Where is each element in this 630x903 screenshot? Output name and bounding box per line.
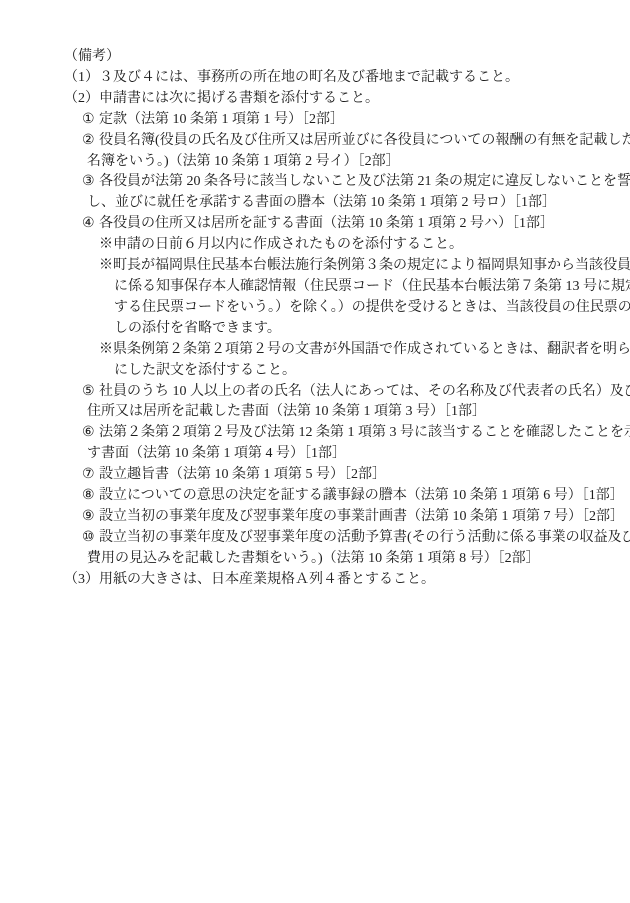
item-continuation: し、並びに就任を承諾する書面の謄本（法第 10 条第 1 項第 2 号ロ）［1部… bbox=[87, 193, 630, 214]
line-text: にした訳文を添付すること。 bbox=[114, 363, 296, 378]
item-marker: （1） bbox=[64, 68, 99, 89]
numbered-item: ③各役員が法第 20 条各号に該当しないこと及び法第 21 条の規定に違反しない… bbox=[82, 172, 630, 193]
numbered-item: ⑨設立当初の事業年度及び翌事業年度の事業計画書（法第 10 条第 1 項第 7 … bbox=[82, 507, 630, 528]
line-text: 社員のうち 10 人以上の者の氏名（法人にあっては、その名称及び代表者の氏名）及… bbox=[99, 384, 630, 399]
item-marker: ② bbox=[82, 131, 99, 152]
line-text: 設立当初の事業年度及び翌事業年度の活動予算書(その行う活動に係る事業の収益及び bbox=[99, 530, 630, 545]
note-continuation: しの添付を省略できます。 bbox=[114, 319, 630, 340]
line-text: しの添付を省略できます。 bbox=[114, 321, 281, 336]
item-marker: ⑤ bbox=[82, 382, 99, 403]
line-text: する住民票コードをいう。）を除く。）の提供を受けるときは、当該役員の住民票の写 bbox=[114, 300, 630, 315]
item-marker: ⑨ bbox=[82, 507, 99, 528]
line-text: 設立当初の事業年度及び翌事業年度の事業計画書（法第 10 条第 1 項第 7 号… bbox=[99, 509, 624, 524]
item-continuation: 費用の見込みを記載した書類をいう。)（法第 10 条第 1 項第 8 号）［2部… bbox=[87, 549, 630, 570]
numbered-item: ②役員名簿(役員の氏名及び住所又は居所並びに各役員についての報酬の有無を記載した bbox=[82, 131, 630, 152]
numbered-item: ④各役員の住所又は居所を証する書面（法第 10 条第 1 項第 2 号ハ）［1部… bbox=[82, 214, 630, 235]
item-continuation: 住所又は居所を記載した書面（法第 10 条第 1 項第 3 号）［1部］ bbox=[87, 402, 630, 423]
line-text: 費用の見込みを記載した書類をいう。)（法第 10 条第 1 項第 8 号）［2部… bbox=[87, 551, 540, 566]
item-marker: ⑦ bbox=[82, 465, 99, 486]
note-continuation: する住民票コードをいう。）を除く。）の提供を受けるときは、当該役員の住民票の写 bbox=[114, 298, 630, 319]
item-marker: ⑥ bbox=[82, 423, 99, 444]
remark-item: （1）３及び４には、事務所の所在地の町名及び番地まで記載すること。 bbox=[64, 68, 630, 89]
numbered-item: ⑤社員のうち 10 人以上の者の氏名（法人にあっては、その名称及び代表者の氏名）… bbox=[82, 382, 630, 403]
line-text: ※町長が福岡県住民基本台帳法施行条例第３条の規定により福岡県知事から当該役員 bbox=[99, 258, 630, 273]
line-text: す書面（法第 10 条第 1 項第 4 号）［1部］ bbox=[87, 446, 346, 461]
item-marker: ③ bbox=[82, 172, 99, 193]
numbered-item: ⑥法第２条第２項第２号及び法第 12 条第 1 項第 3 号に該当することを確認… bbox=[82, 423, 630, 444]
note-line: ※申請の日前６月以内に作成されたものを添付すること。 bbox=[99, 235, 630, 256]
item-marker: （3） bbox=[64, 570, 99, 591]
line-text: 申請書には次に掲げる書類を添付すること。 bbox=[99, 91, 379, 106]
line-text: 住所又は居所を記載した書面（法第 10 条第 1 項第 3 号）［1部］ bbox=[87, 404, 486, 419]
line-text: に係る知事保存本人確認情報（住民票コード（住民基本台帳法第７条第 13 号に規定 bbox=[114, 279, 630, 294]
item-marker: （2） bbox=[64, 89, 99, 110]
numbered-item: ⑦設立趣旨書（法第 10 条第 1 項第 5 号）［2部］ bbox=[82, 465, 630, 486]
line-text: 設立についての意思の決定を証する議事録の謄本（法第 10 条第 1 項第 6 号… bbox=[99, 488, 624, 503]
note-line: ※町長が福岡県住民基本台帳法施行条例第３条の規定により福岡県知事から当該役員 bbox=[99, 256, 630, 277]
line-text: ※申請の日前６月以内に作成されたものを添付すること。 bbox=[99, 237, 463, 252]
line-text: 役員名簿(役員の氏名及び住所又は居所並びに各役員についての報酬の有無を記載した bbox=[99, 133, 630, 148]
line-text: ※県条例第２条第２項第２号の文書が外国語で作成されているときは、翻訳者を明らか bbox=[99, 342, 630, 357]
remark-item: （3）用紙の大きさは、日本産業規格Ａ列４番とすること。 bbox=[64, 570, 630, 591]
note-continuation: にした訳文を添付すること。 bbox=[114, 361, 630, 382]
item-continuation: 名簿をいう。)（法第 10 条第 1 項第 2 号イ）［2部］ bbox=[87, 152, 630, 173]
line-text: 法第２条第２項第２号及び法第 12 条第 1 項第 3 号に該当することを確認し… bbox=[99, 425, 630, 440]
line-text: 用紙の大きさは、日本産業規格Ａ列４番とすること。 bbox=[99, 572, 435, 587]
item-marker: ⑧ bbox=[82, 486, 99, 507]
note-continuation: に係る知事保存本人確認情報（住民票コード（住民基本台帳法第７条第 13 号に規定 bbox=[114, 277, 630, 298]
item-marker: ④ bbox=[82, 214, 99, 235]
item-marker: ① bbox=[82, 110, 99, 131]
line-text: 名簿をいう。)（法第 10 条第 1 項第 2 号イ）［2部］ bbox=[87, 154, 400, 169]
item-continuation: す書面（法第 10 条第 1 項第 4 号）［1部］ bbox=[87, 444, 630, 465]
line-text: 各役員が法第 20 条各号に該当しないこと及び法第 21 条の規定に違反しないこ… bbox=[99, 174, 630, 189]
numbered-item: ⑩設立当初の事業年度及び翌事業年度の活動予算書(その行う活動に係る事業の収益及び bbox=[82, 528, 630, 549]
document-page: （備考） （1）３及び４には、事務所の所在地の町名及び番地まで記載すること。（2… bbox=[0, 0, 630, 903]
line-text: ３及び４には、事務所の所在地の町名及び番地まで記載すること。 bbox=[99, 70, 519, 85]
note-line: ※県条例第２条第２項第２号の文書が外国語で作成されているときは、翻訳者を明らか bbox=[99, 340, 630, 361]
item-marker: ⑩ bbox=[82, 528, 99, 549]
remarks-list: （1）３及び４には、事務所の所在地の町名及び番地まで記載すること。（2）申請書に… bbox=[0, 68, 630, 591]
line-text: し、並びに就任を承諾する書面の謄本（法第 10 条第 1 項第 2 号ロ）［1部… bbox=[87, 195, 556, 210]
remarks-section: （備考） （1）３及び４には、事務所の所在地の町名及び番地まで記載すること。（2… bbox=[0, 47, 630, 591]
numbered-item: ①定款（法第 10 条第 1 項第 1 号）［2部］ bbox=[82, 110, 630, 131]
line-text: 設立趣旨書（法第 10 条第 1 項第 5 号）［2部］ bbox=[99, 467, 386, 482]
line-text: 定款（法第 10 条第 1 項第 1 号）［2部］ bbox=[99, 112, 344, 127]
remark-item: （2）申請書には次に掲げる書類を添付すること。 bbox=[64, 89, 630, 110]
numbered-item: ⑧設立についての意思の決定を証する議事録の謄本（法第 10 条第 1 項第 6 … bbox=[82, 486, 630, 507]
line-text: 各役員の住所又は居所を証する書面（法第 10 条第 1 項第 2 号ハ）［1部］ bbox=[99, 216, 554, 231]
remarks-heading: （備考） bbox=[64, 47, 630, 68]
